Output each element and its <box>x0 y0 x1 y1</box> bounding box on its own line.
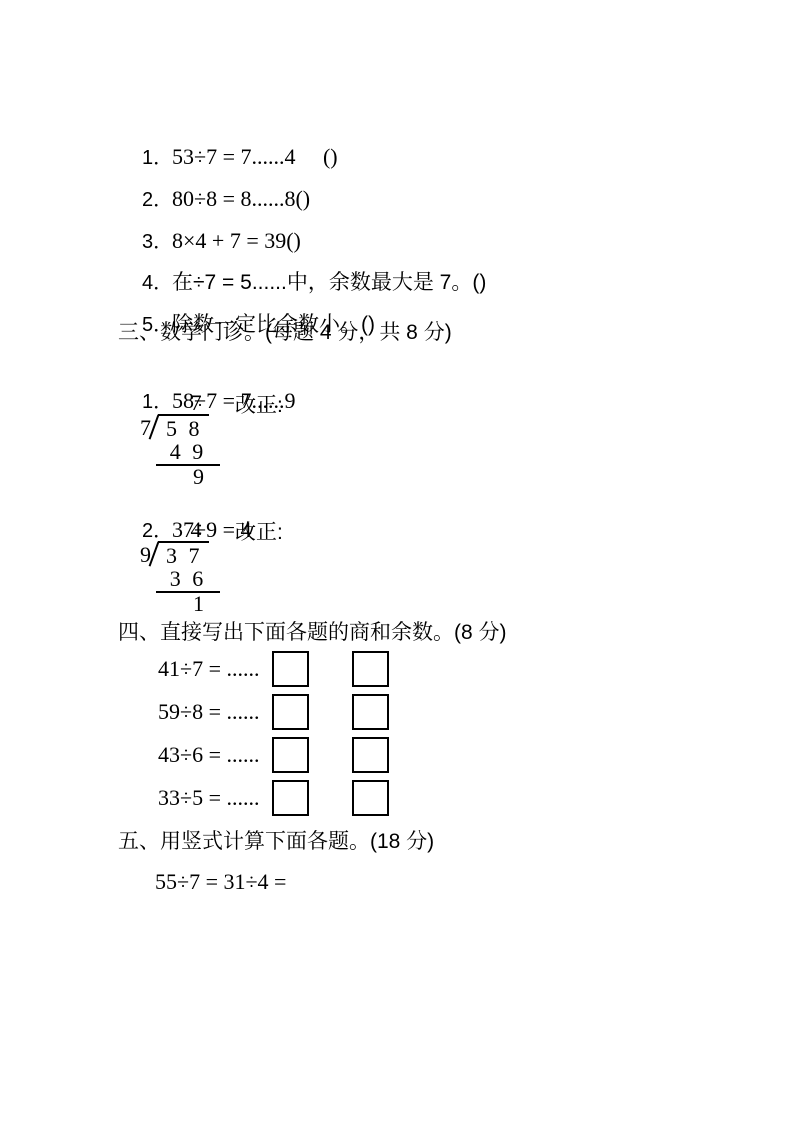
item-text: 8×4 + 7 = 39() <box>172 228 301 253</box>
division-quotient: 4 <box>164 519 214 541</box>
item-number: 3． <box>142 227 172 257</box>
section-three-heading: 三、数学门诊。(每题 4 分，共 8 分) <box>118 318 793 348</box>
item-number: 1． <box>142 143 172 173</box>
judgement-item-1: 1．53÷7 = 7......4 () <box>118 112 793 142</box>
vertical-calc-equations: 55÷7 = 31÷4 = <box>155 869 793 895</box>
long-division-layout: 4 9 3 7 3 6 1 <box>140 519 220 615</box>
correction-label: 改正: <box>235 521 283 547</box>
clinic-problem-2-equation-line: 2．37÷9 = 4 <box>118 491 793 517</box>
section-five-heading: 五、用竖式计算下面各题。(18 分) <box>118 827 793 857</box>
row-equation: 41÷7 = ...... <box>158 656 272 682</box>
quotient-answer-box[interactable] <box>272 780 309 816</box>
division-main-row: 9 3 7 <box>140 541 220 567</box>
item-text: 53÷7 = 7......4 () <box>172 144 338 169</box>
answer-row-4: 33÷5 = ...... <box>158 779 793 816</box>
division-product: 4 9 <box>156 440 220 466</box>
answer-row-2: 59÷8 = ...... <box>158 693 793 730</box>
item-number: 4． <box>142 268 172 298</box>
row-equation: 59÷8 = ...... <box>158 699 272 725</box>
answer-row-1: 41÷7 = ...... <box>158 650 793 687</box>
division-remainder: 1 <box>156 593 220 615</box>
division-remainder: 9 <box>156 466 220 488</box>
clinic-problem-1-equation-line: 1．58÷7 = 7......9 <box>118 362 793 388</box>
answer-row-3: 43÷6 = ...... <box>158 736 793 773</box>
section-five: 五、用竖式计算下面各题。(18 分) 55÷7 = 31÷4 = <box>118 827 793 895</box>
long-division-layout: 7 7 5 8 4 9 9 <box>140 392 220 488</box>
judgement-section: 1．53÷7 = 7......4 () 2．80÷8 = 8......8()… <box>118 112 793 310</box>
item-text: 在÷7 = 5......中，余数最大是 7。() <box>172 271 486 294</box>
row-equation: 33÷5 = ...... <box>158 785 272 811</box>
section-four-heading: 四、直接写出下面各题的商和余数。(8 分) <box>118 618 793 648</box>
quotient-answer-box[interactable] <box>272 694 309 730</box>
item-number: 2． <box>142 185 172 215</box>
worksheet-page: 1．53÷7 = 7......4 () 2．80÷8 = 8......8()… <box>0 0 793 1122</box>
section-three: 三、数学门诊。(每题 4 分，共 8 分) 1．58÷7 = 7......9 … <box>118 318 793 616</box>
item-text: 80÷8 = 8......8() <box>172 186 310 211</box>
quotient-answer-box[interactable] <box>272 651 309 687</box>
row-equation: 43÷6 = ...... <box>158 742 272 768</box>
remainder-answer-box[interactable] <box>352 780 389 816</box>
division-main-row: 7 5 8 <box>140 414 220 440</box>
remainder-answer-box[interactable] <box>352 651 389 687</box>
remainder-answer-box[interactable] <box>352 694 389 730</box>
long-division-problem-1: 7 7 5 8 4 9 9 改正: <box>140 392 470 489</box>
division-quotient: 7 <box>164 392 214 414</box>
division-dividend: 5 8 <box>158 414 209 440</box>
division-product: 3 6 <box>156 567 220 593</box>
remainder-answer-box[interactable] <box>352 737 389 773</box>
long-division-problem-2: 4 9 3 7 3 6 1 改正: <box>140 519 470 616</box>
division-dividend: 3 7 <box>158 541 209 567</box>
section-four: 四、直接写出下面各题的商和余数。(8 分) 41÷7 = ...... 59÷8… <box>118 618 793 816</box>
quotient-answer-box[interactable] <box>272 737 309 773</box>
correction-label: 改正: <box>235 394 283 420</box>
